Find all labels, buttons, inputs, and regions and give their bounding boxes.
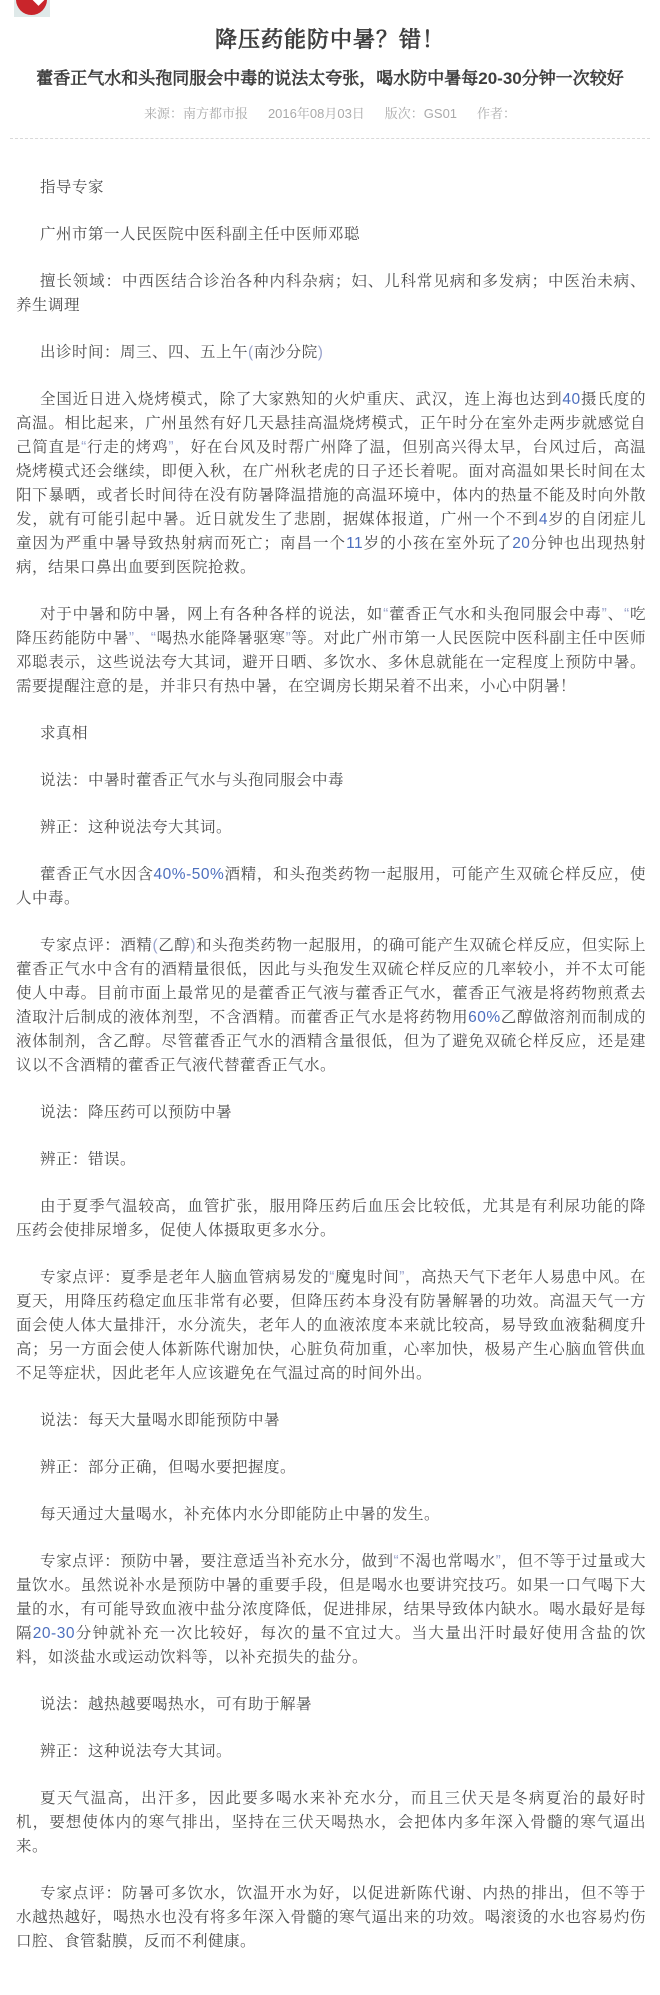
paragraph: 藿香正气水因含40%-50%酒精，和头孢类药物一起服用，可能产生双硫仑样反应，使… <box>16 863 646 911</box>
paragraph: 辨正：这种说法夸大其词。 <box>16 816 646 840</box>
paragraph: 指导专家 <box>16 176 646 200</box>
logo-red-circle-icon <box>16 0 47 15</box>
paragraph: 全国近日进入烧烤模式，除了大家熟知的火炉重庆、武汉，连上海也达到40摄氏度的高温… <box>16 388 646 580</box>
paragraph: 说法：中暑时藿香正气水与头孢同服会中毒 <box>16 769 646 793</box>
meta-author: 作者： <box>477 103 516 122</box>
meta-source: 来源：南方都市报 <box>144 103 248 122</box>
newspaper-logo[interactable] <box>14 0 50 17</box>
paragraph: 每天通过大量喝水，补充体内水分即能防止中暑的发生。 <box>16 1503 646 1527</box>
article-body: 指导专家广州市第一人民医院中医科副主任中医师邓聪擅长领域：中西医结合诊治各种内科… <box>0 139 660 1995</box>
paragraph: 专家点评：防暑可多饮水，饮温开水为好，以促进新陈代谢、内热的排出，但不等于水越热… <box>16 1882 646 1954</box>
paragraph: 专家点评：预防中暑，要注意适当补充水分，做到“不渴也常喝水”，但不等于过量或大量… <box>16 1550 646 1670</box>
paragraph: 求真相 <box>16 722 646 746</box>
paragraph: 专家点评：夏季是老年人脑血管病易发的“魔鬼时间”，高热天气下老年人易患中风。在夏… <box>16 1266 646 1386</box>
meta-edition: 版次：GS01 <box>385 103 457 122</box>
paragraph: 辨正：错误。 <box>16 1148 646 1172</box>
paragraph: 说法：降压药可以预防中暑 <box>16 1101 646 1125</box>
paragraph: 出诊时间：周三、四、五上午(南沙分院) <box>16 341 646 365</box>
article-page: 降压药能防中暑？错！ 藿香正气水和头孢同服会中毒的说法太夸张，喝水防中暑每20-… <box>0 0 660 1995</box>
article-meta: 来源：南方都市报 2016年08月03日 版次：GS01 作者： <box>0 103 660 122</box>
paragraph: 说法：越热越要喝热水，可有助于解暑 <box>16 1693 646 1717</box>
paragraph: 广州市第一人民医院中医科副主任中医师邓聪 <box>16 223 646 247</box>
article-subtitle: 藿香正气水和头孢同服会中毒的说法太夸张，喝水防中暑每20-30分钟一次较好 <box>12 68 648 90</box>
paragraph: 夏天气温高，出汗多，因此要多喝水来补充水分，而且三伏天是冬病夏治的最好时机，要想… <box>16 1787 646 1859</box>
article-title: 降压药能防中暑？错！ <box>20 27 640 53</box>
paragraph: 由于夏季气温较高，血管扩张，服用降压药后血压会比较低，尤其是有利尿功能的降压药会… <box>16 1195 646 1243</box>
paragraph: 辨正：部分正确，但喝水要把握度。 <box>16 1456 646 1480</box>
meta-date: 2016年08月03日 <box>268 103 365 122</box>
paragraph: 擅长领域：中西医结合诊治各种内科杂病；妇、儿科常见病和多发病；中医治未病、养生调… <box>16 270 646 318</box>
paragraph: 对于中暑和防中暑，网上有各种各样的说法，如“藿香正气水和头孢同服会中毒”、“吃降… <box>16 603 646 699</box>
paragraph: 说法：每天大量喝水即能预防中暑 <box>16 1409 646 1433</box>
paragraph: 专家点评：酒精(乙醇)和头孢类药物一起服用，的确可能产生双硫仑样反应，但实际上藿… <box>16 934 646 1078</box>
paragraph: 辨正：这种说法夸大其词。 <box>16 1740 646 1764</box>
